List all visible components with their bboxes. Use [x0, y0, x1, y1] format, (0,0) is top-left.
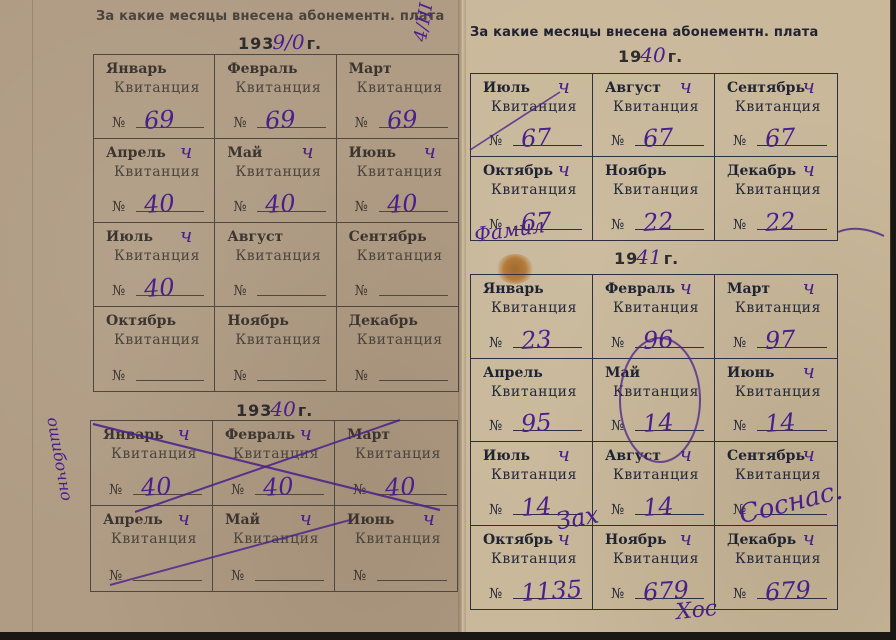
receipt-number: 95 — [520, 410, 552, 436]
handwritten-mark: ч — [803, 76, 815, 96]
number-label: № — [355, 115, 368, 131]
month-name: Февраль — [605, 281, 675, 297]
year-label-right-middle: 1941г. — [614, 245, 678, 269]
receipt-label: Квитанция — [613, 551, 699, 567]
month-name: Февраль — [227, 61, 297, 77]
handwritten-mark: ч — [558, 444, 570, 464]
receipt-number: 14 — [642, 493, 674, 519]
number-label: № — [733, 586, 746, 602]
receipt-label: Квитанция — [114, 80, 200, 96]
scan-border — [0, 632, 896, 640]
handwritten-mark: ч — [803, 361, 815, 381]
month-name: Июнь — [347, 512, 394, 528]
month-cell: ИюньчКвитанция№40 — [337, 139, 458, 223]
month-name: Май — [605, 365, 640, 381]
month-name: Июнь — [727, 365, 774, 381]
number-label: № — [112, 199, 125, 215]
receipt-number: 14 — [642, 410, 674, 436]
handwritten-mark: ч — [178, 423, 190, 443]
year-printed: 19 — [614, 249, 638, 268]
month-cell: АвгустчКвитанция№14 — [593, 442, 715, 526]
number-label: № — [353, 568, 366, 584]
month-cell: ФевральКвитанция№69 — [215, 55, 336, 139]
month-name: Ноябрь — [605, 532, 667, 548]
month-cell: АпрельчКвитанция№40 — [94, 139, 215, 223]
receipt-number: 96 — [642, 326, 674, 352]
receipt-label: Квитанция — [235, 248, 321, 264]
receipt-label: Квитанция — [491, 182, 577, 198]
receipt-number: 40 — [265, 191, 297, 217]
handwritten-mark: ч — [180, 141, 192, 161]
month-name: Декабрь — [727, 163, 796, 179]
receipt-number: 679 — [764, 577, 811, 604]
receipt-label: Квитанция — [357, 80, 443, 96]
month-cell: ИюльчКвитанция№40 — [94, 223, 215, 307]
month-name: Май — [227, 145, 262, 161]
number-underline — [379, 295, 448, 296]
handwritten-mark: ч — [178, 508, 190, 528]
handwritten-mark: ч — [680, 76, 692, 96]
month-name: Июль — [106, 229, 153, 245]
months-grid-right-middle: ЯнварьКвитанция№23ФевральчКвитанция№96Ма… — [470, 274, 838, 610]
number-underline — [377, 580, 447, 581]
number-label: № — [355, 199, 368, 215]
heading-right: За какие месяцы внесена абонементн. плат… — [470, 25, 818, 40]
receipt-label: Квитанция — [114, 164, 200, 180]
receipt-label: Квитанция — [613, 300, 699, 316]
receipt-label: Квитанция — [491, 384, 577, 400]
page-crease — [32, 0, 33, 632]
handwritten-mark: ч — [803, 528, 815, 548]
receipt-label: Квитанция — [233, 531, 319, 547]
year-label-left-bottom: 19340г. — [236, 397, 312, 421]
month-cell: МайКвитанция№14 — [593, 359, 715, 443]
receipt-label: Квитанция — [491, 551, 577, 567]
month-name: Май — [225, 512, 260, 528]
number-label: № — [355, 368, 368, 384]
month-cell: НоябрьКвитанция№22 — [593, 157, 715, 240]
number-label: № — [353, 482, 366, 498]
month-cell: МартчКвитанция№97 — [715, 275, 837, 359]
receipt-label: Квитанция — [491, 467, 577, 483]
receipt-number: 40 — [262, 474, 294, 500]
handwritten-mark: ч — [300, 423, 312, 443]
month-cell: АпрельКвитанция№95 — [471, 359, 593, 443]
month-cell: АвгустКвитанция№ — [215, 223, 336, 307]
month-name: Ноябрь — [227, 313, 289, 329]
year-printed: 19 — [618, 47, 642, 66]
month-cell: МайчКвитанция№ — [213, 506, 335, 591]
number-label: № — [611, 418, 624, 434]
handwritten-mark: ч — [180, 225, 192, 245]
receipt-number: 69 — [265, 107, 297, 133]
month-name: Апрель — [483, 365, 543, 381]
month-cell: ЯнварьКвитанция№23 — [471, 275, 593, 359]
handwritten-mark: ч — [803, 444, 815, 464]
number-label: № — [611, 133, 624, 149]
number-label: № — [231, 568, 244, 584]
month-cell: АвгустчКвитанция№67 — [593, 74, 715, 157]
month-name: Январь — [106, 61, 167, 77]
month-cell: СентябрьКвитанция№ — [337, 223, 458, 307]
receipt-label: Квитанция — [613, 384, 699, 400]
receipt-label: Квитанция — [735, 467, 821, 483]
receipt-label: Квитанция — [355, 531, 441, 547]
month-cell: ЯнварьчКвитанция№40 — [91, 421, 213, 506]
handwritten-mark: ч — [680, 528, 692, 548]
year-printed: 193 — [238, 34, 274, 53]
handwritten-mark: ч — [300, 508, 312, 528]
receipt-label: Квитанция — [357, 164, 443, 180]
number-underline — [133, 580, 202, 581]
number-underline — [257, 380, 325, 381]
year-suffix: г. — [668, 47, 682, 66]
month-cell: ФевральчКвитанция№40 — [213, 421, 335, 506]
number-label: № — [733, 418, 746, 434]
year-handwritten: 41 — [636, 245, 661, 269]
receipt-number: 67 — [520, 125, 552, 151]
month-name: Август — [605, 80, 661, 96]
month-name: Июль — [483, 448, 530, 464]
month-cell: ДекабрьКвитанция№ — [337, 307, 458, 391]
number-label: № — [109, 568, 122, 584]
number-underline — [136, 380, 204, 381]
year-handwritten: 9/0 — [272, 30, 304, 54]
month-name: Октябрь — [106, 313, 176, 329]
receipt-number: 14 — [764, 410, 796, 436]
handwritten-mark: ч — [423, 508, 435, 528]
receipt-label: Квитанция — [613, 182, 699, 198]
month-cell: ИюньчКвитанция№ — [335, 506, 457, 591]
month-name: Февраль — [225, 427, 295, 443]
receipt-number: 14 — [520, 493, 552, 519]
year-suffix: г. — [307, 34, 321, 53]
month-name: Ноябрь — [605, 163, 667, 179]
month-cell: МартКвитанция№40 — [335, 421, 457, 506]
number-label: № — [233, 368, 246, 384]
number-label: № — [233, 115, 246, 131]
number-label: № — [112, 115, 125, 131]
number-label: № — [112, 368, 125, 384]
number-label: № — [611, 335, 624, 351]
number-label: № — [231, 482, 244, 498]
handwritten-mark: ч — [301, 141, 313, 161]
receipt-number: 67 — [764, 125, 796, 151]
receipt-number: 69 — [386, 107, 418, 133]
month-cell: ОктябрьчКвитанция№1135 — [471, 526, 593, 610]
month-name: Июнь — [349, 145, 396, 161]
receipt-label: Квитанция — [357, 248, 443, 264]
receipt-number: 22 — [764, 209, 796, 235]
month-cell: МайчКвитанция№40 — [215, 139, 336, 223]
month-name: Январь — [483, 281, 544, 297]
month-name: Март — [727, 281, 770, 297]
receipt-label: Квитанция — [235, 164, 321, 180]
receipt-number: 23 — [520, 326, 552, 352]
month-name: Октябрь — [483, 163, 553, 179]
handwritten-mark: ч — [803, 159, 815, 179]
month-name: Сентябрь — [727, 448, 805, 464]
year-suffix: г. — [664, 249, 678, 268]
receipt-label: Квитанция — [235, 80, 321, 96]
month-cell: СентябрьчКвитанция№67 — [715, 74, 837, 157]
number-underline — [379, 380, 448, 381]
month-cell: ЯнварьКвитанция№69 — [94, 55, 215, 139]
month-name: Август — [227, 229, 283, 245]
receipt-label: Квитанция — [114, 332, 200, 348]
receipt-number: 22 — [642, 209, 674, 235]
receipt-label: Квитанция — [111, 446, 197, 462]
receipt-number: 40 — [143, 275, 175, 301]
month-name: Январь — [103, 427, 164, 443]
receipt-label: Квитанция — [735, 551, 821, 567]
year-handwritten: 40 — [640, 43, 665, 67]
number-label: № — [233, 199, 246, 215]
month-cell: ДекабрьчКвитанция№679 — [715, 526, 837, 610]
year-printed: 193 — [236, 401, 272, 420]
handwritten-mark: ч — [424, 141, 436, 161]
handwritten-mark: ч — [558, 76, 570, 96]
handwritten-mark: ч — [680, 444, 692, 464]
month-name: Март — [349, 61, 392, 77]
month-name: Декабрь — [727, 532, 796, 548]
month-name: Декабрь — [349, 313, 418, 329]
months-grid-left-bottom: ЯнварьчКвитанция№40ФевральчКвитанция№40М… — [90, 420, 458, 592]
receipt-label: Квитанция — [357, 332, 443, 348]
number-label: № — [733, 133, 746, 149]
year-label-right-top: 1940г. — [618, 43, 682, 67]
number-label: № — [489, 335, 502, 351]
number-label: № — [733, 217, 746, 233]
month-cell: НоябрьчКвитанция№679 — [593, 526, 715, 610]
year-handwritten: 40 — [270, 397, 295, 421]
receipt-number: 40 — [143, 191, 175, 217]
receipt-label: Квитанция — [735, 182, 821, 198]
number-label: № — [112, 283, 125, 299]
number-label: № — [109, 482, 122, 498]
receipt-label: Квитанция — [735, 99, 821, 115]
month-name: Сентябрь — [349, 229, 427, 245]
month-name: Июль — [483, 80, 530, 96]
receipt-label: Квитанция — [613, 467, 699, 483]
number-label: № — [489, 418, 502, 434]
receipt-label: Квитанция — [235, 332, 321, 348]
receipt-label: Квитанция — [491, 99, 577, 115]
handwritten-mark: ч — [558, 159, 570, 179]
heading-left: За какие месяцы внесена абонементн. плат… — [96, 9, 444, 24]
month-cell: НоябрьКвитанция№ — [215, 307, 336, 391]
month-name: Март — [347, 427, 390, 443]
spine-fold — [458, 0, 466, 632]
month-name: Октябрь — [483, 532, 553, 548]
month-cell: АпрельчКвитанция№ — [91, 506, 213, 591]
month-cell: ОктябрьКвитанция№ — [94, 307, 215, 391]
month-name: Август — [605, 448, 661, 464]
receipt-number: 67 — [642, 125, 674, 151]
number-label: № — [489, 586, 502, 602]
handwritten-mark: ч — [680, 277, 692, 297]
month-cell: ДекабрьчКвитанция№22 — [715, 157, 837, 240]
receipt-label: Квитанция — [735, 384, 821, 400]
number-underline — [255, 580, 324, 581]
receipt-number: 1135 — [520, 577, 583, 605]
year-label-left-top: 1939/0г. — [238, 30, 321, 54]
month-cell: ФевральчКвитанция№96 — [593, 275, 715, 359]
receipt-number: 40 — [140, 474, 172, 500]
receipt-number: 97 — [764, 326, 796, 352]
annotation-zah: Зах — [554, 502, 600, 533]
receipt-number: 69 — [143, 107, 175, 133]
number-label: № — [611, 217, 624, 233]
number-label: № — [489, 133, 502, 149]
receipt-label: Квитанция — [491, 300, 577, 316]
receipt-label: Квитанция — [355, 446, 441, 462]
receipt-label: Квитанция — [735, 300, 821, 316]
months-grid-left-top: ЯнварьКвитанция№69ФевральКвитанция№69Мар… — [93, 54, 459, 392]
month-cell: МартКвитанция№69 — [337, 55, 458, 139]
month-name: Апрель — [103, 512, 163, 528]
receipt-label: Квитанция — [613, 99, 699, 115]
year-suffix: г. — [298, 401, 312, 420]
receipt-label: Квитанция — [233, 446, 319, 462]
number-label: № — [489, 502, 502, 518]
month-name: Апрель — [106, 145, 166, 161]
receipt-number: 40 — [384, 474, 416, 500]
handwritten-mark: ч — [803, 277, 815, 297]
month-cell: ИюльчКвитанция№67 — [471, 74, 593, 157]
receipt-number: 40 — [386, 191, 418, 217]
number-label: № — [233, 283, 246, 299]
number-label: № — [733, 335, 746, 351]
number-underline — [257, 295, 325, 296]
month-name: Сентябрь — [727, 80, 805, 96]
number-label: № — [611, 502, 624, 518]
number-label: № — [611, 586, 624, 602]
receipt-label: Квитанция — [114, 248, 200, 264]
number-label: № — [355, 283, 368, 299]
receipt-label: Квитанция — [111, 531, 197, 547]
annotation-hos: Хос — [675, 598, 718, 624]
month-cell: ИюньчКвитанция№14 — [715, 359, 837, 443]
